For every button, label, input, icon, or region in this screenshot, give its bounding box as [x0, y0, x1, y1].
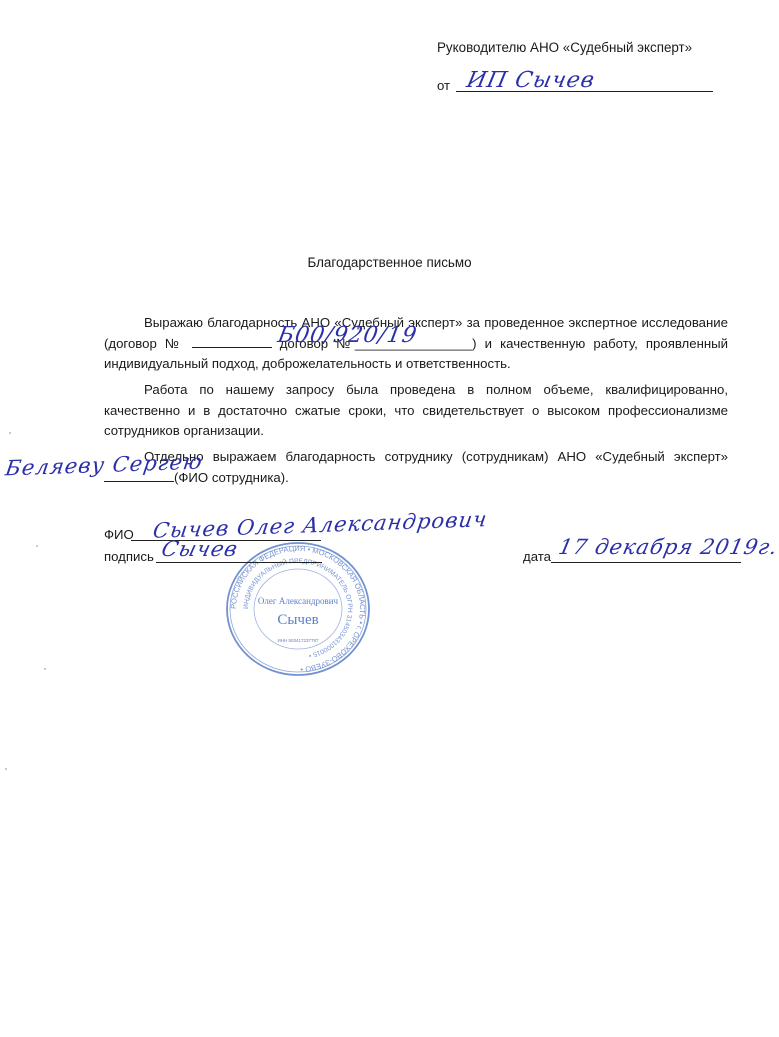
- paragraph-quality: Работа по нашему запросу была проведена …: [104, 380, 728, 442]
- date-label: дата: [523, 549, 551, 564]
- addressee: Руководителю АНО «Судебный эксперт»: [437, 40, 692, 55]
- stamp-name-line1: Олег Александрович: [258, 596, 339, 606]
- scan-speck: [9, 432, 11, 434]
- official-stamp: РОССИЙСКАЯ ФЕДЕРАЦИЯ • МОСКОВСКАЯ ОБЛАСТ…: [224, 540, 372, 678]
- from-handwritten: ИП Сычев: [464, 68, 597, 93]
- date-field: дата 17 декабря 2019г.: [523, 549, 551, 564]
- fio-label: ФИО: [104, 527, 134, 542]
- paragraph-3-text-a: Отдельно выражаем благодарность сотрудни…: [144, 449, 728, 464]
- scan-speck: [44, 668, 46, 670]
- fio-field: ФИО Сычев Олег Александрович: [104, 527, 134, 542]
- stamp-inner-text: ИНДИВИДУАЛЬНЫЙ ПРЕДПРИНИМАТЕЛЬ ОГРН 3145…: [243, 557, 353, 659]
- scan-speck: [36, 545, 38, 547]
- date-handwritten: 17 декабря 2019г.: [556, 535, 779, 559]
- contract-number-underline: [192, 335, 272, 348]
- signature-underline: [156, 562, 322, 563]
- stamp-inn: ИНН 503417237787: [277, 638, 319, 643]
- signature-field: подпись Сычев: [104, 549, 154, 564]
- contract-number-handwritten: Б00/920/19: [276, 323, 419, 348]
- from-label: от: [437, 78, 450, 93]
- signature-label: подпись: [104, 549, 154, 564]
- stamp-name-line2: Сычев: [277, 612, 318, 628]
- date-underline: [551, 562, 741, 563]
- scan-speck: [5, 768, 7, 770]
- signature-handwritten: Сычев: [159, 537, 241, 561]
- document-title: Благодарственное письмо: [0, 255, 779, 270]
- paragraph-2-text: Работа по нашему запросу была проведена …: [104, 382, 728, 438]
- svg-text:ИНДИВИДУАЛЬНЫЙ ПРЕДПРИНИМАТЕЛЬ: ИНДИВИДУАЛЬНЫЙ ПРЕДПРИНИМАТЕЛЬ ОГРН 3145…: [243, 557, 353, 659]
